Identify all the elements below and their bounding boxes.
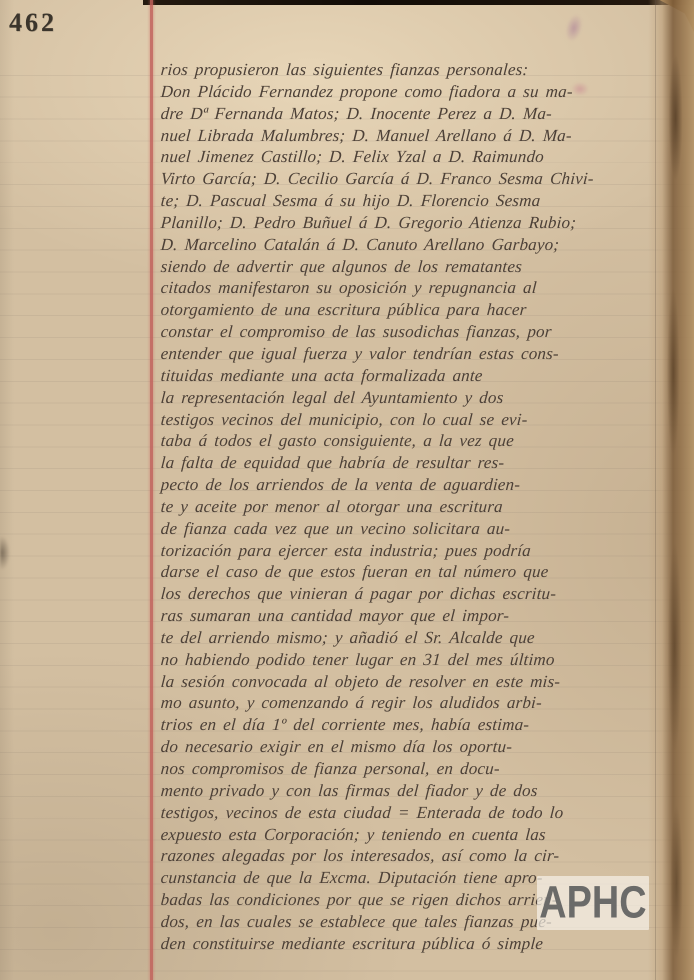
manuscript-line: citados manifestaron su oposición y repu… xyxy=(160,277,667,299)
manuscript-line: rios propusieron las siguientes fianzas … xyxy=(160,59,667,81)
manuscript-line: la falta de equidad que habría de result… xyxy=(160,452,667,474)
archive-watermark-label: APHC xyxy=(539,877,646,928)
manuscript-line: mento privado y con las firmas del fiado… xyxy=(160,780,667,802)
manuscript-line: tituidas mediante una acta formalizada a… xyxy=(160,365,667,387)
archive-watermark: APHC xyxy=(537,876,649,930)
manuscript-line: razones alegadas por los interesados, as… xyxy=(160,845,667,867)
manuscript-line: otorgamiento de una escritura pública pa… xyxy=(160,299,667,321)
manuscript-line: expuesto esta Corporación; y teniendo en… xyxy=(160,824,667,846)
manuscript-line: los derechos que vinieran á pagar por di… xyxy=(160,583,667,605)
manuscript-line: entender que igual fuerza y valor tendrí… xyxy=(160,343,667,365)
manuscript-line: torización para ejercer esta industria; … xyxy=(160,540,667,562)
manuscript-line: siendo de advertir que algunos de los re… xyxy=(160,256,667,278)
manuscript-line: no habiendo podido tener lugar en 31 del… xyxy=(160,649,667,671)
manuscript-line: testigos, vecinos de esta ciudad = Enter… xyxy=(160,802,667,824)
manuscript-line: ras sumaran una cantidad mayor que el im… xyxy=(160,605,667,627)
ink-stamp-smudge xyxy=(563,12,586,43)
manuscript-line: de fianza cada vez que un vecino solicit… xyxy=(160,518,667,540)
manuscript-line: testigos vecinos del municipio, con lo c… xyxy=(160,409,667,431)
manuscript-line: te y aceite por menor al otorgar una esc… xyxy=(160,496,667,518)
manuscript-line: te del arriendo mismo; y añadió el Sr. A… xyxy=(160,627,667,649)
manuscript-line: mo asunto, y comenzando á regir los alud… xyxy=(160,692,667,714)
edge-ink-smudge xyxy=(0,536,10,570)
manuscript-line: darse el caso de que estos fueran en tal… xyxy=(160,561,667,583)
manuscript-line: la representación legal del Ayuntamiento… xyxy=(160,387,667,409)
manuscript-line: do necesario exigir en el mismo día los … xyxy=(160,736,667,758)
manuscript-line: la sesión convocada al objeto de resolve… xyxy=(160,671,667,693)
manuscript-line: dre Dª Fernanda Matos; D. Inocente Perez… xyxy=(160,103,667,125)
manuscript-line: nos compromisos de fianza personal, en d… xyxy=(160,758,667,780)
scan-top-edge xyxy=(143,0,694,5)
manuscript-line: nuel Librada Malumbres; D. Manuel Arella… xyxy=(160,125,667,147)
manuscript-line: D. Marcelino Catalán á D. Canuto Arellan… xyxy=(160,234,667,256)
manuscript-line: Don Plácido Fernandez propone como fiado… xyxy=(160,81,667,103)
manuscript-line: den constituirse mediante escritura públ… xyxy=(160,933,667,955)
manuscript-text: rios propusieron las siguientes fianzas … xyxy=(160,59,665,955)
red-margin-rule xyxy=(150,0,153,980)
manuscript-line: Planillo; D. Pedro Buñuel á D. Gregorio … xyxy=(160,212,667,234)
manuscript-line: nuel Jimenez Castillo; D. Felix Yzal a D… xyxy=(160,146,667,168)
manuscript-line: constar el compromiso de las susodichas … xyxy=(160,321,667,343)
manuscript-line: taba á todos el gasto consiguiente, a la… xyxy=(160,430,667,452)
manuscript-line: Virto García; D. Cecilio García á D. Fra… xyxy=(160,168,667,190)
manuscript-line: trios en el día 1º del corriente mes, ha… xyxy=(160,714,667,736)
manuscript-line: pecto de los arriendos de la venta de ag… xyxy=(160,474,667,496)
folio-number: 462 xyxy=(9,8,57,38)
scanned-ledger-page: 462 rios propusieron las siguientes fian… xyxy=(0,0,694,980)
manuscript-line: te; D. Pascual Sesma á su hijo D. Floren… xyxy=(160,190,667,212)
